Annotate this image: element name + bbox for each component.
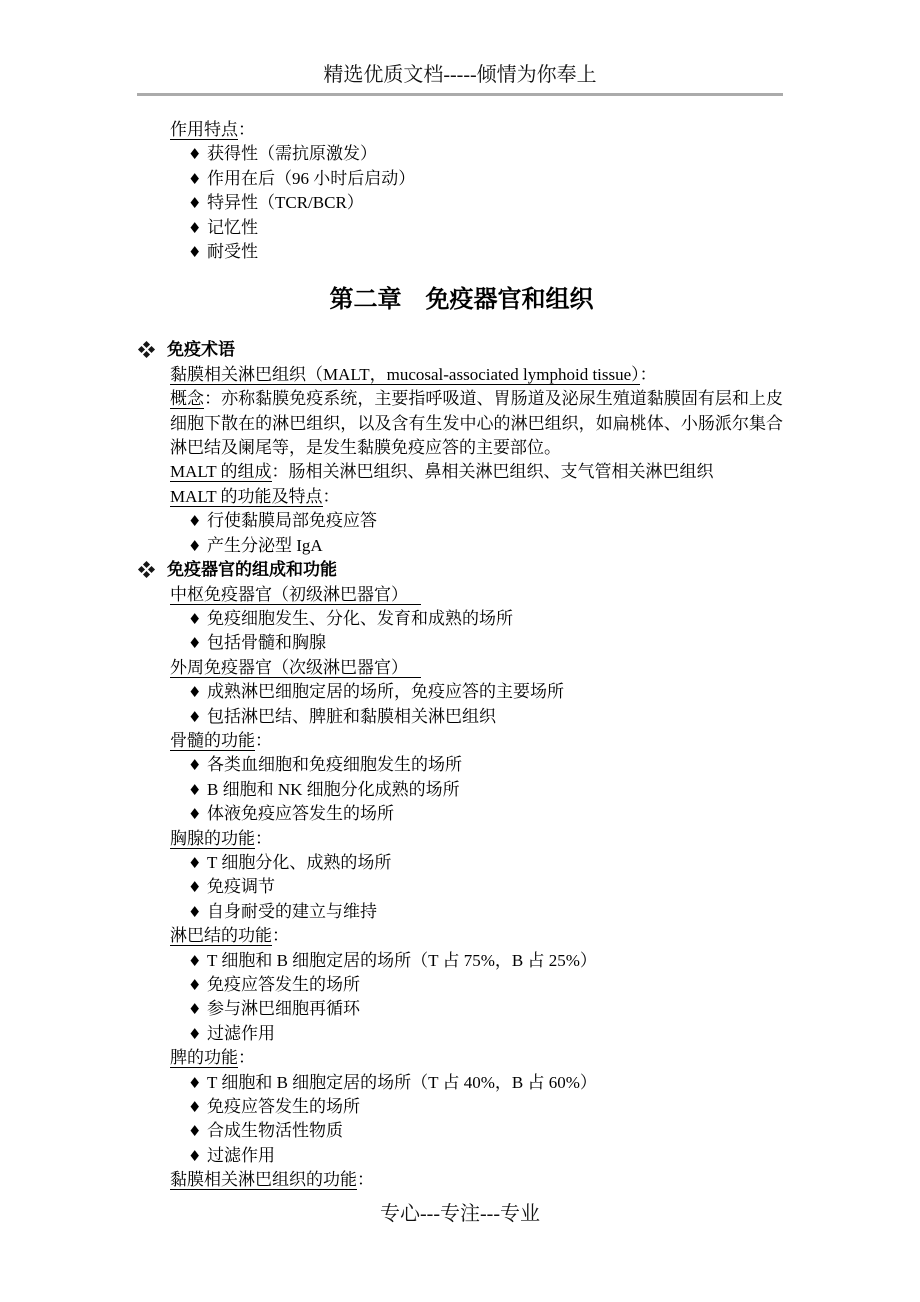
diamond-bullet-icon: ♦: [188, 191, 207, 215]
label-colon: ：: [255, 829, 272, 848]
bullet-text: 合成生物活性物质: [207, 1121, 343, 1140]
diamond-bullet-icon: ♦: [188, 753, 207, 777]
diamond-bullet-icon: ♦: [188, 167, 207, 191]
label-colon: ：: [640, 365, 657, 384]
underlined-label: 作用特点: [170, 120, 238, 140]
bullet-text: 过滤作用: [207, 1024, 275, 1043]
bullet-item: ♦免疫调节: [140, 875, 783, 899]
bullet-text: T 细胞和 B 细胞定居的场所（T 占 75%，B 占 25%）: [207, 951, 597, 970]
underlined-label: 骨髓的功能: [170, 731, 255, 751]
diamond-bullet-icon: ♦: [188, 240, 207, 264]
underlined-label-line: 黏膜相关淋巴组织（MALT，mucosal-associated lymphoi…: [140, 363, 783, 387]
bullet-item: ♦记忆性: [140, 216, 783, 240]
bullet-item: ♦T 细胞和 B 细胞定居的场所（T 占 40%，B 占 60%）: [140, 1071, 783, 1095]
paragraph-lead-label: 概念: [170, 389, 204, 409]
bullet-text: 包括淋巴结、脾脏和黏膜相关淋巴组织: [207, 707, 496, 726]
label-colon: ：: [204, 389, 221, 408]
section-heading: 免疫术语: [140, 338, 783, 362]
underlined-label-line: 胸腺的功能：: [140, 827, 783, 851]
bullet-item: ♦获得性（需抗原激发）: [140, 142, 783, 166]
bullet-item: ♦合成生物活性物质: [140, 1119, 783, 1143]
bullet-item: ♦产生分泌型 IgA: [140, 534, 783, 558]
diamond-bullet-icon: ♦: [188, 534, 207, 558]
underlined-label-line: 脾的功能：: [140, 1046, 783, 1070]
diamond-bullet-icon: ♦: [188, 900, 207, 924]
label-colon: ：: [238, 1048, 255, 1067]
bullet-text: 记忆性: [207, 218, 258, 237]
page-header: 精选优质文档-----倾情为你奉上: [0, 0, 920, 96]
page-footer: 专心---专注---专业: [0, 1197, 920, 1226]
bullet-text: 各类血细胞和免疫细胞发生的场所: [207, 755, 462, 774]
bullet-item: ♦免疫应答发生的场所: [140, 973, 783, 997]
bullet-text: 特异性（TCR/BCR）: [207, 193, 364, 212]
header-divider: [137, 93, 783, 96]
diamond-bullet-icon: ♦: [188, 607, 207, 631]
bullet-text: 获得性（需抗原激发）: [207, 144, 377, 163]
label-colon: ：: [272, 462, 289, 481]
underlined-label-line: 黏膜相关淋巴组织的功能：: [140, 1168, 783, 1192]
document-page: 精选优质文档-----倾情为你奉上 作用特点：♦获得性（需抗原激发）♦作用在后（…: [0, 0, 920, 1302]
diamond-bullet-icon: ♦: [188, 509, 207, 533]
four-diamond-icon: [140, 563, 154, 576]
bullet-item: ♦体液免疫应答发生的场所: [140, 802, 783, 826]
bullet-item: ♦特异性（TCR/BCR）: [140, 191, 783, 215]
header-title: 精选优质文档-----倾情为你奉上: [0, 62, 920, 88]
label-colon: ：: [357, 1170, 374, 1189]
bullet-item: ♦行使黏膜局部免疫应答: [140, 509, 783, 533]
diamond-bullet-icon: ♦: [188, 1071, 207, 1095]
underlined-label: 胸腺的功能: [170, 829, 255, 849]
section-title: 免疫术语: [167, 340, 235, 359]
document-body: 作用特点：♦获得性（需抗原激发）♦作用在后（96 小时后启动）♦特异性（TCR/…: [140, 118, 783, 1193]
label-colon: ：: [272, 926, 289, 945]
bullet-text: 免疫细胞发生、分化、发育和成熟的场所: [207, 609, 513, 628]
paragraph: 概念：亦称黏膜免疫系统，主要指呼吸道、胃肠道及泌尿生殖道黏膜固有层和上皮细胞下散…: [140, 387, 783, 460]
label-colon: ：: [238, 120, 255, 139]
bullet-text: 免疫调节: [207, 877, 275, 896]
bullet-text: 自身耐受的建立与维持: [207, 902, 377, 921]
diamond-bullet-icon: ♦: [188, 973, 207, 997]
bullet-text: 免疫应答发生的场所: [207, 975, 360, 994]
bullet-item: ♦耐受性: [140, 240, 783, 264]
bullet-text: 作用在后（96 小时后启动）: [207, 169, 415, 188]
paragraph-text: 亦称黏膜免疫系统，主要指呼吸道、胃肠道及泌尿生殖道黏膜固有层和上皮细胞下散在的淋…: [170, 389, 783, 457]
bullet-text: T 细胞和 B 细胞定居的场所（T 占 40%，B 占 60%）: [207, 1073, 597, 1092]
bullet-text: 免疫应答发生的场所: [207, 1097, 360, 1116]
bullet-item: ♦成熟淋巴细胞定居的场所，免疫应答的主要场所: [140, 680, 783, 704]
underlined-label: 中枢免疫器官（初级淋巴器官）: [170, 585, 421, 605]
bullet-item: ♦包括淋巴结、脾脏和黏膜相关淋巴组织: [140, 705, 783, 729]
underlined-label: 黏膜相关淋巴组织的功能: [170, 1170, 357, 1190]
bullet-item: ♦过滤作用: [140, 1022, 783, 1046]
underlined-label-line: 作用特点：: [140, 118, 783, 142]
diamond-bullet-icon: ♦: [188, 875, 207, 899]
diamond-bullet-icon: ♦: [188, 949, 207, 973]
bullet-item: ♦过滤作用: [140, 1144, 783, 1168]
underlined-label-line: 中枢免疫器官（初级淋巴器官）: [140, 583, 783, 607]
bullet-text: B 细胞和 NK 细胞分化成熟的场所: [207, 780, 460, 799]
bullet-item: ♦T 细胞和 B 细胞定居的场所（T 占 75%，B 占 25%）: [140, 949, 783, 973]
bullet-text: 包括骨髓和胸腺: [207, 633, 326, 652]
bullet-text: 成熟淋巴细胞定居的场所，免疫应答的主要场所: [207, 682, 564, 701]
diamond-bullet-icon: ♦: [188, 1022, 207, 1046]
diamond-bullet-icon: ♦: [188, 680, 207, 704]
chapter-title: 第二章 免疫器官和组织: [140, 284, 783, 316]
bullet-item: ♦免疫细胞发生、分化、发育和成熟的场所: [140, 607, 783, 631]
underlined-label: MALT 的功能及特点: [170, 487, 323, 507]
bullet-item: ♦自身耐受的建立与维持: [140, 900, 783, 924]
diamond-bullet-icon: ♦: [188, 631, 207, 655]
underlined-label-line: MALT 的组成：肠相关淋巴组织、鼻相关淋巴组织、支气管相关淋巴组织: [140, 460, 783, 484]
underlined-label: MALT 的组成: [170, 462, 272, 482]
four-diamond-icon: [140, 343, 154, 356]
bullet-text: 体液免疫应答发生的场所: [207, 804, 394, 823]
diamond-bullet-icon: ♦: [188, 1144, 207, 1168]
section-heading: 免疫器官的组成和功能: [140, 558, 783, 582]
bullet-text: 行使黏膜局部免疫应答: [207, 511, 377, 530]
label-colon: ：: [255, 731, 272, 750]
underlined-label: 脾的功能: [170, 1048, 238, 1068]
diamond-bullet-icon: ♦: [188, 851, 207, 875]
label-colon: ：: [323, 487, 340, 506]
underlined-label-line: 骨髓的功能：: [140, 729, 783, 753]
bullet-item: ♦参与淋巴细胞再循环: [140, 997, 783, 1021]
label-rest-text: 肠相关淋巴组织、鼻相关淋巴组织、支气管相关淋巴组织: [289, 462, 714, 481]
underlined-label: 外周免疫器官（次级淋巴器官）: [170, 658, 421, 678]
underlined-label-line: 淋巴结的功能：: [140, 924, 783, 948]
diamond-bullet-icon: ♦: [188, 216, 207, 240]
diamond-bullet-icon: ♦: [188, 997, 207, 1021]
bullet-item: ♦作用在后（96 小时后启动）: [140, 167, 783, 191]
bullet-text: T 细胞分化、成熟的场所: [207, 853, 391, 872]
diamond-bullet-icon: ♦: [188, 142, 207, 166]
bullet-item: ♦T 细胞分化、成熟的场所: [140, 851, 783, 875]
diamond-bullet-icon: ♦: [188, 1095, 207, 1119]
underlined-label: 黏膜相关淋巴组织（MALT，mucosal-associated lymphoi…: [170, 365, 640, 385]
diamond-bullet-icon: ♦: [188, 778, 207, 802]
bullet-text: 过滤作用: [207, 1146, 275, 1165]
section-title: 免疫器官的组成和功能: [167, 560, 337, 579]
diamond-bullet-icon: ♦: [188, 1119, 207, 1143]
underlined-label-line: 外周免疫器官（次级淋巴器官）: [140, 656, 783, 680]
bullet-item: ♦免疫应答发生的场所: [140, 1095, 783, 1119]
bullet-item: ♦包括骨髓和胸腺: [140, 631, 783, 655]
diamond-bullet-icon: ♦: [188, 802, 207, 826]
bullet-text: 耐受性: [207, 242, 258, 261]
bullet-text: 参与淋巴细胞再循环: [207, 999, 360, 1018]
underlined-label: 淋巴结的功能: [170, 926, 272, 946]
bullet-item: ♦各类血细胞和免疫细胞发生的场所: [140, 753, 783, 777]
bullet-text: 产生分泌型 IgA: [207, 536, 323, 555]
diamond-bullet-icon: ♦: [188, 705, 207, 729]
underlined-label-line: MALT 的功能及特点：: [140, 485, 783, 509]
bullet-item: ♦B 细胞和 NK 细胞分化成熟的场所: [140, 778, 783, 802]
